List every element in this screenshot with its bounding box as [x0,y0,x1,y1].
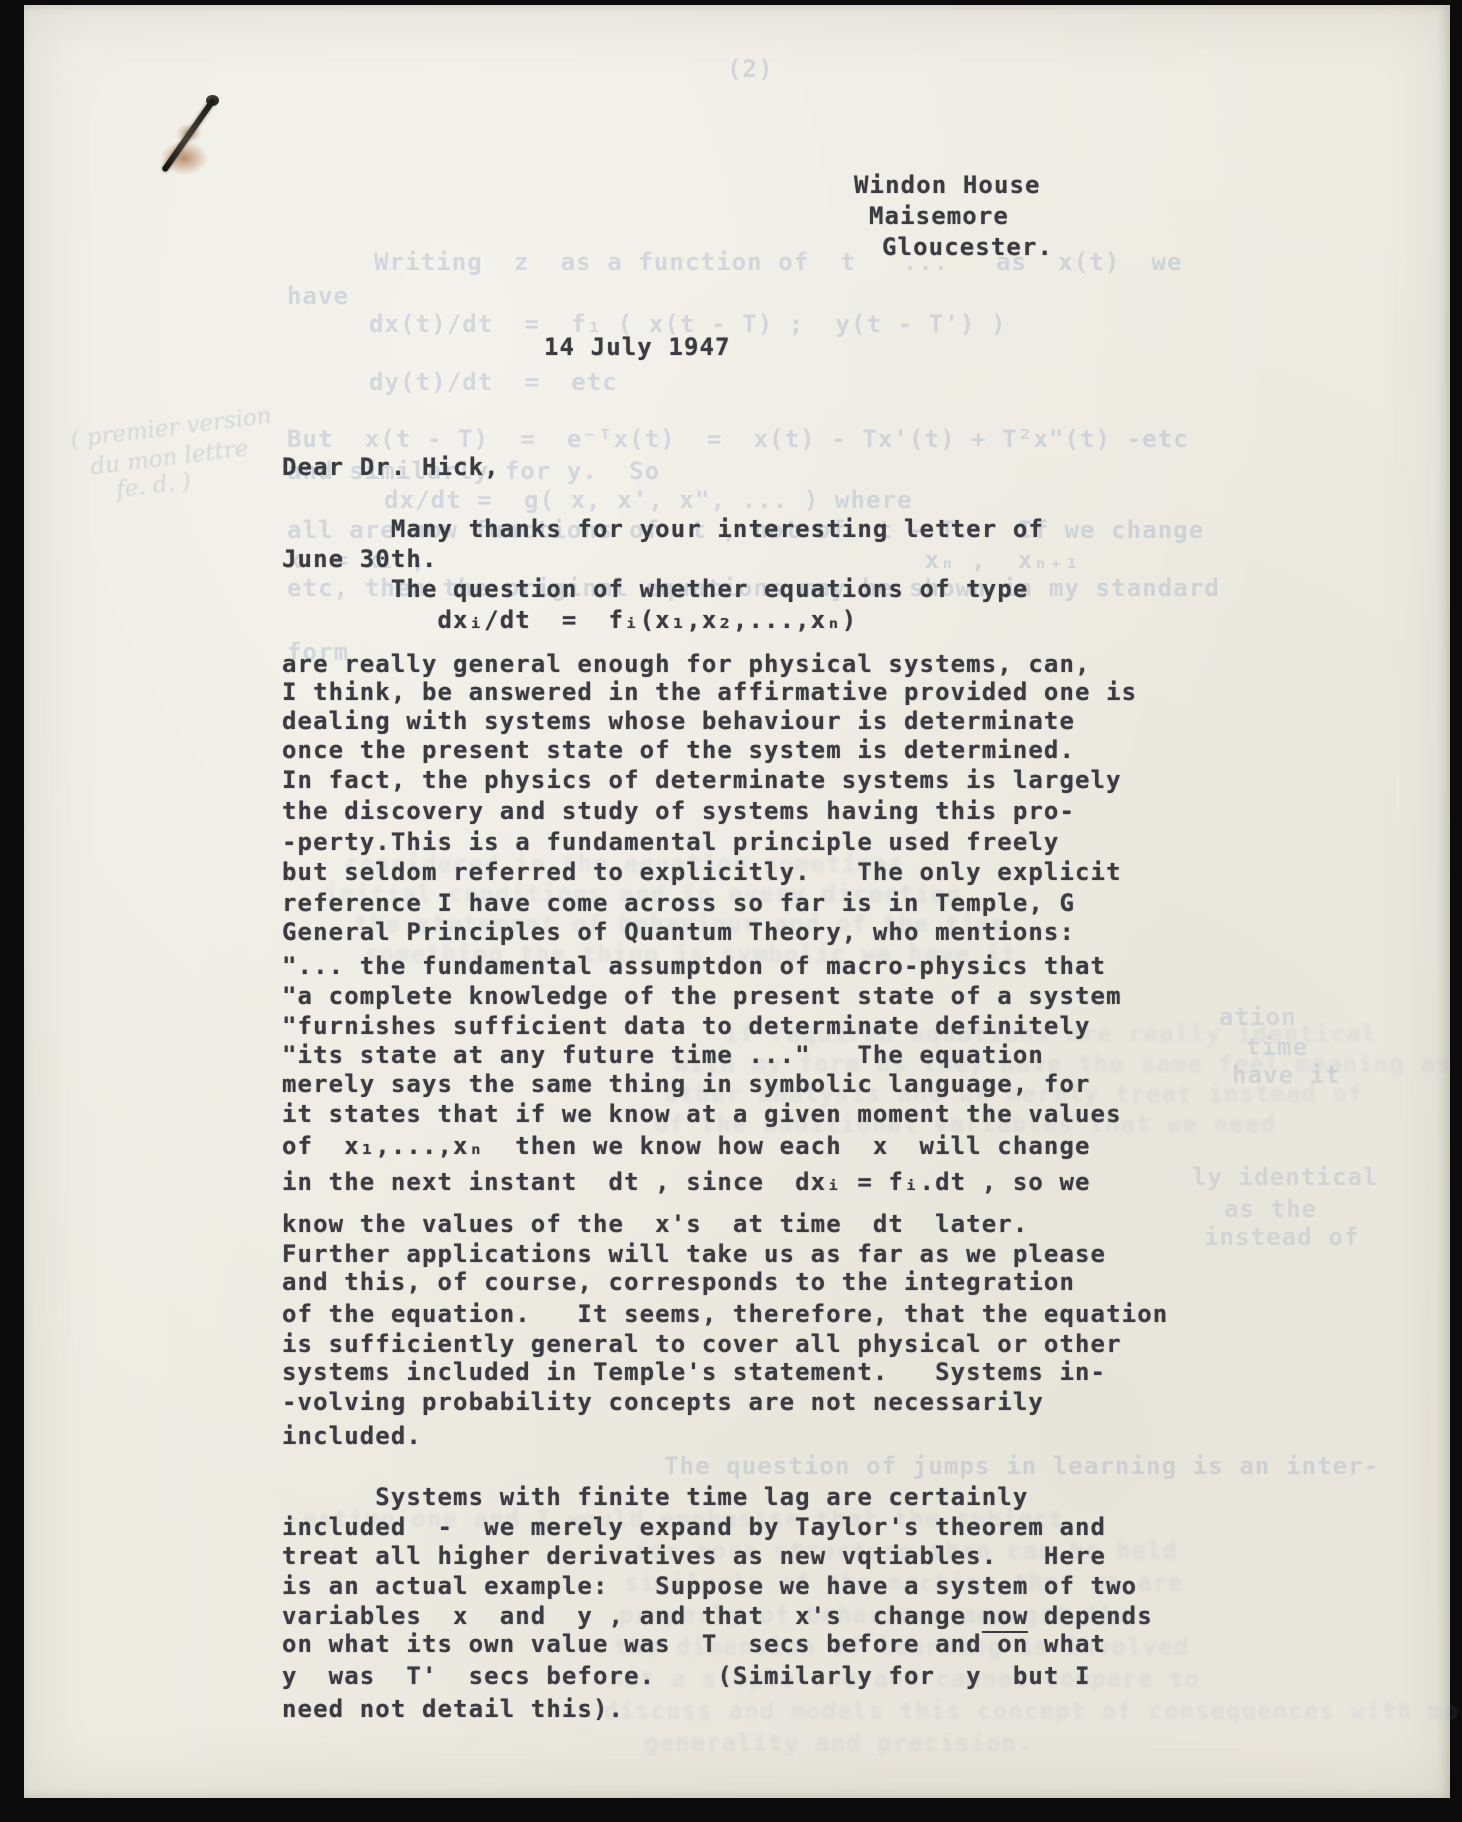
typed-line: General Principles of Quantum Theory, wh… [282,918,1075,946]
letter-paper: (2)Writing z as a function of t ... as x… [24,5,1450,1798]
typed-line: on what its own value was T secs before … [282,1630,1106,1658]
bleedthrough-line: have [287,282,349,310]
typed-line: the discovery and study of systems havin… [282,797,1075,825]
typed-line: included - we merely expand by Taylor's … [282,1513,1106,1541]
typed-line: once the present state of the system is … [282,736,1075,764]
typed-line: variables x and y , and that x's change … [282,1602,1153,1630]
typed-line: systems included in Temple's statement. … [282,1358,1106,1386]
typed-line: y was T' secs before. (Similarly for y b… [282,1662,1091,1690]
typed-line: -perty.This is a fundamental principle u… [282,828,1059,856]
bleedthrough-line: as the [1224,1195,1317,1223]
bleedthrough-line: The question of jumps in learning is an … [664,1452,1379,1480]
bleedthrough-line: ly identical [1192,1163,1379,1191]
bleedthrough-line: dx/dt = g( x, x', x", ... ) where [384,486,913,514]
typed-line: it states that if we know at a given mom… [282,1100,1122,1128]
typed-line: -volving probability concepts are not ne… [282,1388,1044,1416]
typed-line: "furnishes sufficient data to determinat… [282,1012,1091,1040]
typed-line: in the next instant dt , since dxᵢ = fᵢ.… [282,1168,1091,1196]
underlined-word: now [982,1602,1029,1633]
typed-text: variables x and y , and that x's change [282,1602,982,1630]
typed-line: but seldom referred to explicitly. The o… [282,858,1122,886]
date-line: 14 July 1947 [544,333,731,361]
typed-line: Dear Dr. Hick, [282,453,500,481]
typed-line: are really general enough for physical s… [282,650,1091,678]
bleedthrough-line: But x(t - T) = e⁻ᵀx(t) = x(t) - Tx'(t) +… [287,425,1189,453]
typed-text: depends [1028,1602,1152,1630]
letterhead-line: Windon House [854,171,1041,199]
typed-line: dealing with systems whose behaviour is … [282,707,1075,735]
typed-line: The question of whether equations of typ… [282,575,1028,603]
typed-line: and this, of course, corresponds to the … [282,1268,1075,1296]
letterhead-line: Maisemore [869,202,1009,230]
typed-line: merely says the same thing in symbolic l… [282,1070,1091,1098]
bleedthrough-line: instead of [1204,1223,1360,1251]
bleedthrough-line: dy(t)/dt = etc [369,368,618,396]
typed-line: "a complete knowledge of the present sta… [282,982,1122,1010]
typed-line: I think, be answered in the affirmative … [282,678,1137,706]
typed-line: need not detail this). [282,1695,624,1723]
typed-line: of x₁,...,xₙ then we know how each x wil… [282,1132,1091,1160]
typed-line: Systems with finite time lag are certain… [282,1483,1028,1511]
typed-line: of the equation. It seems, therefore, th… [282,1300,1168,1328]
letterhead-line: Gloucester. [882,233,1053,261]
typed-line: Further applications will take us as far… [282,1240,1106,1268]
bleedthrough-line: (2) [727,55,774,83]
typed-line: know the values of the x's at time dt la… [282,1210,1028,1238]
typed-line: "its state at any future time ..." The e… [282,1041,1044,1069]
typed-line: "... the fundamental assumptdon of macro… [282,952,1106,980]
bleedthrough-line: generality and precision. [644,1729,1033,1757]
typed-line: included. [282,1422,422,1450]
typed-line: Many thanks for your interesting letter … [282,515,1044,543]
bleedthrough-line: discuss and models this concept of conse… [604,1697,1462,1725]
typed-line: is an actual example: Suppose we have a … [282,1572,1137,1600]
typed-line: reference I have come across so far is i… [282,889,1075,917]
scan-background: { "scan": { "paper_color": "#edebe2", "f… [0,0,1462,1822]
bleedthrough-line: Writing z as a function of t ... as x(t)… [374,248,1183,276]
typed-line: treat all higher derivatives as new vqti… [282,1542,1106,1570]
typed-line: is sufficiently general to cover all phy… [282,1330,1122,1358]
typed-line: In fact, the physics of determinate syst… [282,766,1122,794]
typed-line: June 30th. [282,545,438,573]
typed-line: dxᵢ/dt = fᵢ(x₁,x₂,...,xₙ) [282,606,857,634]
